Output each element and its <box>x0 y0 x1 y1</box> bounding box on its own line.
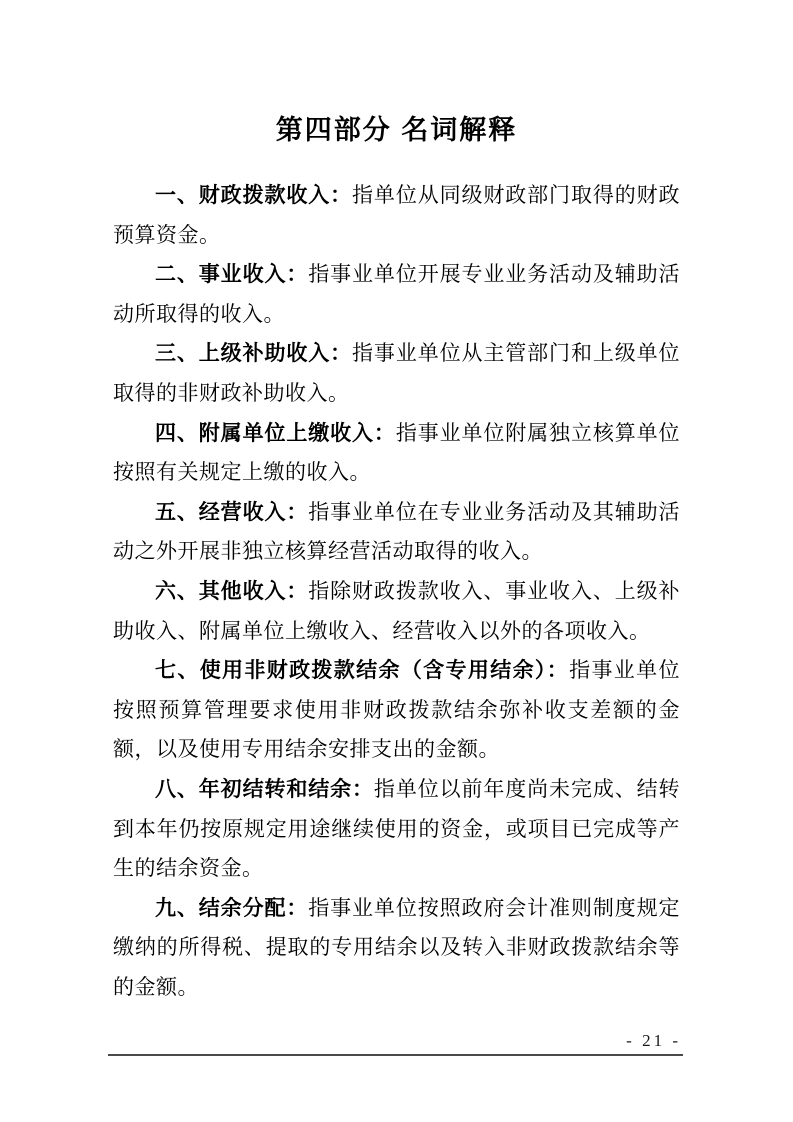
page-footer: - 21 - <box>108 1030 683 1056</box>
term-label: 五、经营收入： <box>155 500 308 524</box>
definition-paragraph-9: 九、结余分配：指事业单位按照政府会计准则制度规定缴纳的所得税、提取的专用结余以及… <box>113 889 680 1008</box>
definition-paragraph-5: 五、经营收入：指事业单位在专业业务活动及其辅助活动之外开展非独立核算经营活动取得… <box>113 493 680 572</box>
definition-paragraph-6: 六、其他收入：指除财政拨款收入、事业收入、上级补助收入、附属单位上缴收入、经营收… <box>113 572 680 651</box>
term-label: 八、年初结转和结余： <box>155 777 374 801</box>
term-label: 七、使用非财政拨款结余（含专用结余）： <box>155 658 569 682</box>
document-body: 一、财政拨款收入：指单位从同级财政部门取得的财政预算资金。 二、事业收入：指事业… <box>113 176 680 1007</box>
definition-paragraph-3: 三、上级补助收入：指事业单位从主管部门和上级单位取得的非财政补助收入。 <box>113 334 680 413</box>
term-label: 二、事业收入： <box>155 262 308 286</box>
definition-paragraph-4: 四、附属单位上缴收入：指事业单位附属独立核算单位按照有关规定上缴的收入。 <box>113 414 680 493</box>
term-label: 六、其他收入： <box>155 579 308 603</box>
definition-paragraph-7: 七、使用非财政拨款结余（含专用结余）：指事业单位按照预算管理要求使用非财政拨款结… <box>113 651 680 770</box>
page-number: - 21 - <box>108 1030 683 1052</box>
term-label: 九、结余分配： <box>155 896 308 920</box>
definition-paragraph-1: 一、财政拨款收入：指单位从同级财政部门取得的财政预算资金。 <box>113 176 680 255</box>
definition-paragraph-2: 二、事业收入：指事业单位开展专业业务活动及辅助活动所取得的收入。 <box>113 255 680 334</box>
document-page: 第四部分 名词解释 一、财政拨款收入：指单位从同级财政部门取得的财政预算资金。 … <box>0 0 793 1122</box>
term-label: 三、上级补助收入： <box>155 341 352 365</box>
definition-paragraph-8: 八、年初结转和结余：指单位以前年度尚未完成、结转到本年仍按原规定用途继续使用的资… <box>113 770 680 889</box>
page-title: 第四部分 名词解释 <box>0 0 793 146</box>
term-label: 一、财政拨款收入： <box>155 183 352 207</box>
footer-divider <box>108 1054 683 1056</box>
term-label: 四、附属单位上缴收入： <box>155 421 396 445</box>
